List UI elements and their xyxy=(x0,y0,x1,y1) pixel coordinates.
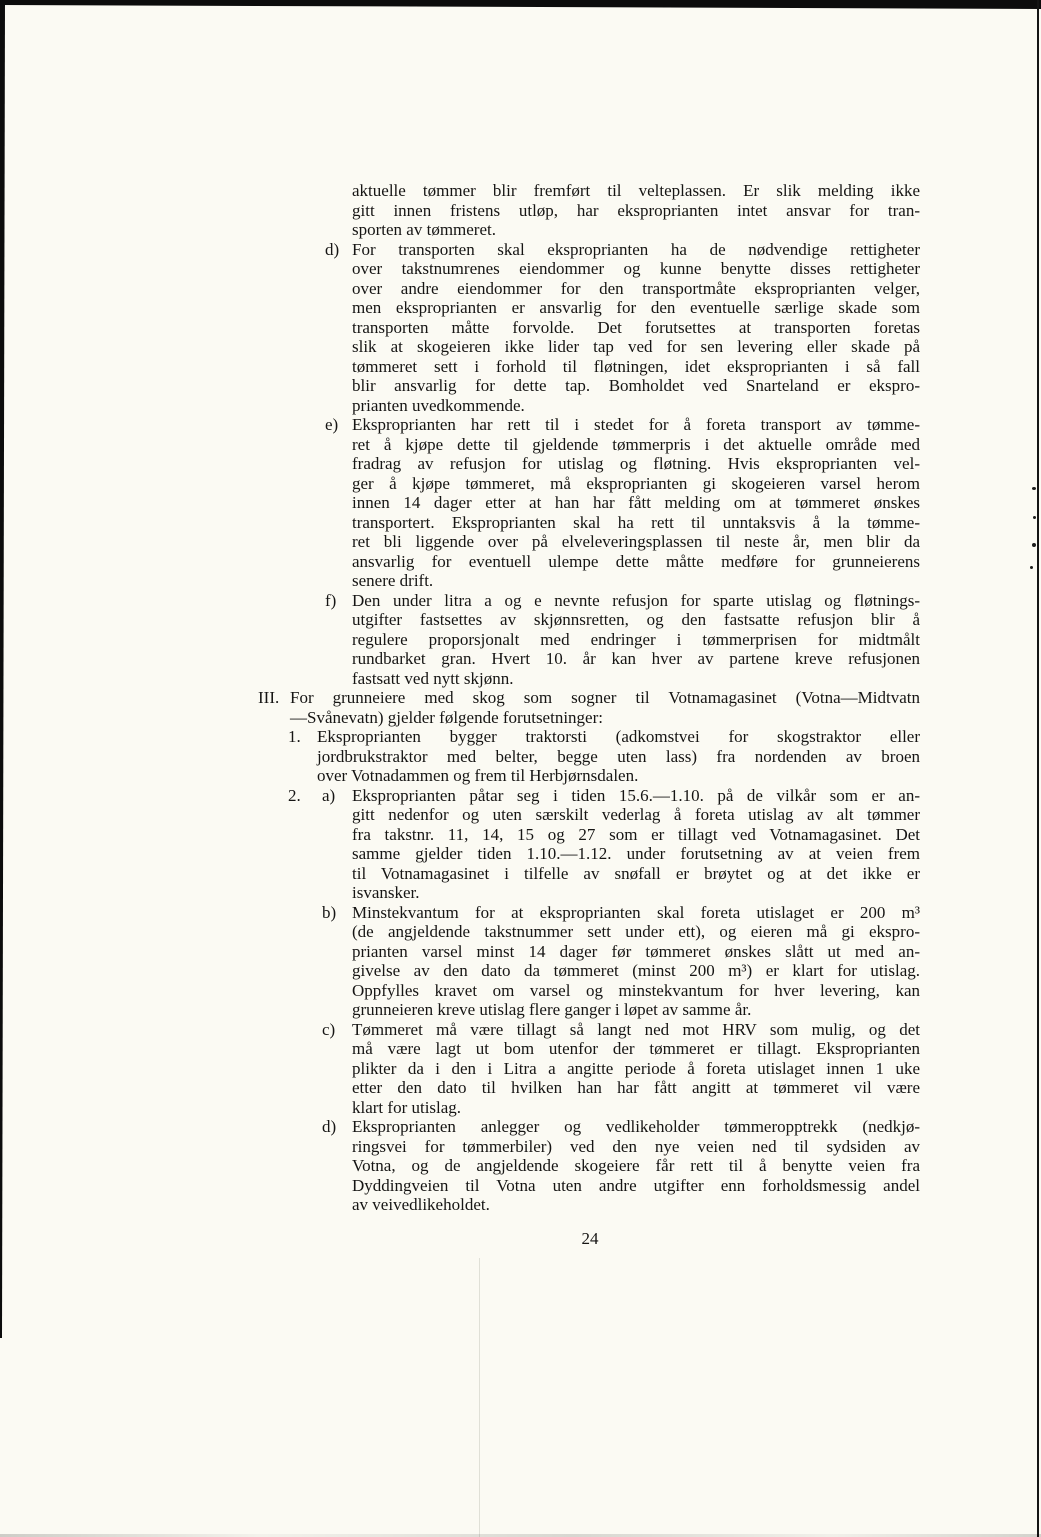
item-lines: Minstekvantum for at eksproprianten skal… xyxy=(352,903,920,1020)
text-line: Eksproprianten har rett til i stedet for… xyxy=(352,415,920,435)
scan-speck xyxy=(1032,487,1036,490)
text-line: klart for utislag. xyxy=(352,1098,920,1118)
text-line: samme gjelder tiden 1.10.—1.12. under fo… xyxy=(352,844,920,864)
section-III: III.For grunneiere med skog som sogner t… xyxy=(258,688,920,727)
text-line: fastsatt ved nytt skjønn. xyxy=(352,669,920,689)
text-line: må være lagt ut bom utenfor der tømmeret… xyxy=(352,1039,920,1059)
list-item-1: 1.Eksproprianten bygger traktorsti (adko… xyxy=(258,727,920,786)
text-line: utgifter fastsettes av skjønnsretten, og… xyxy=(352,610,920,630)
item-lines: For transporten skal eksproprianten ha d… xyxy=(352,240,920,416)
scan-speck xyxy=(1033,516,1036,519)
list-marker: a) xyxy=(322,786,335,806)
text-line: blir ansvarlig for dette tap. Bomholdet … xyxy=(352,376,920,396)
list-item-f: f)Den under litra a og e nevnte refusjon… xyxy=(258,591,920,689)
text-line: Eksproprianten påtar seg i tiden 15.6.—1… xyxy=(352,786,920,806)
text-line: ret bli liggende over på elveleveringspl… xyxy=(352,532,920,552)
page-number: 24 xyxy=(560,1229,620,1249)
text-line: over takstnumrenes eiendommer og kunne b… xyxy=(352,259,920,279)
text-line: Oppfylles kravet om varsel og minstekvan… xyxy=(352,981,920,1001)
text-line: fradrag av refusjon for utislag og fløtn… xyxy=(352,454,920,474)
scan-speck xyxy=(1030,566,1033,569)
item-lines: For grunneiere med skog som sogner til V… xyxy=(290,688,920,727)
item-lines: aktuelle tømmer blir fremført til veltep… xyxy=(352,181,920,240)
text-line: innen 14 dager etter at han har fått mel… xyxy=(352,493,920,513)
item-lines: Tømmeret må være tillagt så langt ned mo… xyxy=(352,1020,920,1118)
list-marker: e) xyxy=(325,415,338,435)
text-line: fra takstnr. 11, 14, 15 og 27 som er til… xyxy=(352,825,920,845)
text-line: grunneieren kreve utislag flere ganger i… xyxy=(352,1000,920,1020)
text-line: prianten uvedkommende. xyxy=(352,396,920,416)
text-line: —Svånevatn) gjelder følgende forutsetnin… xyxy=(290,708,920,728)
text-line: plikter da i den i Litra a angitte perio… xyxy=(352,1059,920,1079)
list-marker: III. xyxy=(258,688,279,708)
list-marker: 2. xyxy=(288,786,301,806)
list-item-d: d)For transporten skal eksproprianten ha… xyxy=(258,240,920,416)
list-marker: b) xyxy=(322,903,336,923)
text-line: Den under litra a og e nevnte refusjon f… xyxy=(352,591,920,611)
text-line: regulere proporsjonalt med endringer i t… xyxy=(352,630,920,650)
text-line: Tømmeret må være tillagt så langt ned mo… xyxy=(352,1020,920,1040)
text-line: over andre eiendommer for den transportm… xyxy=(352,279,920,299)
scan-edge-right xyxy=(1037,0,1039,1537)
text-line: sporten av tømmeret. xyxy=(352,220,920,240)
scan-speck xyxy=(1032,543,1036,547)
text-line: etter den dato til hvilken han har fått … xyxy=(352,1078,920,1098)
item-lines: Eksproprianten anlegger og vedlikeholder… xyxy=(352,1117,920,1215)
list-item-e: e)Eksproprianten har rett til i stedet f… xyxy=(258,415,920,591)
text-line: jordbrukstraktor med belter, begge uten … xyxy=(317,747,920,767)
list-item-2a: 2.a)Eksproprianten påtar seg i tiden 15.… xyxy=(258,786,920,903)
text-line: transporten måtte forvolde. Det forutset… xyxy=(352,318,920,338)
text-line: ansvarlig for eventuell ulempe dette måt… xyxy=(352,552,920,572)
item-lines: Eksproprianten bygger traktorsti (adkoms… xyxy=(317,727,920,786)
list-marker: c) xyxy=(322,1020,335,1040)
item-lines: Eksproprianten påtar seg i tiden 15.6.—1… xyxy=(352,786,920,903)
text-line: tømmeret sett i forhold til fløtningen, … xyxy=(352,357,920,377)
item-lines: Eksproprianten har rett til i stedet for… xyxy=(352,415,920,591)
scan-crease-line xyxy=(479,1258,480,1537)
text-block: aktuelle tømmer blir fremført til veltep… xyxy=(258,181,920,1215)
list-marker: d) xyxy=(325,240,339,260)
text-line: gitt nedenfor og uten særskilt vederlag … xyxy=(352,805,920,825)
text-line: Dyddingveien til Votna uten andre utgift… xyxy=(352,1176,920,1196)
text-line: givelse av den dato da tømmeret (minst 2… xyxy=(352,961,920,981)
list-item-2c: c)Tømmeret må være tillagt så langt ned … xyxy=(258,1020,920,1118)
text-line: over Votnadammen og frem til Herbjørnsda… xyxy=(317,766,920,786)
paragraph-continuation: aktuelle tømmer blir fremført til veltep… xyxy=(258,181,920,240)
text-line: Eksproprianten anlegger og vedlikeholder… xyxy=(352,1117,920,1137)
text-line: slik at skogeieren ikke lider tap ved fo… xyxy=(352,337,920,357)
text-line: For transporten skal eksproprianten ha d… xyxy=(352,240,920,260)
text-line: For grunneiere med skog som sogner til V… xyxy=(290,688,920,708)
text-line: rundbarket gran. Hvert 10. år kan hver a… xyxy=(352,649,920,669)
list-item-2d: d)Eksproprianten anlegger og vedlikehold… xyxy=(258,1117,920,1215)
text-line: Eksproprianten bygger traktorsti (adkoms… xyxy=(317,727,920,747)
item-lines: Den under litra a og e nevnte refusjon f… xyxy=(352,591,920,689)
list-marker: f) xyxy=(325,591,336,611)
text-line: gitt innen fristens utløp, har ekspropri… xyxy=(352,201,920,221)
text-line: transportert. Eksproprianten skal ha ret… xyxy=(352,513,920,533)
scan-edge-top xyxy=(0,0,1041,9)
text-line: (de angjeldende takstnummer sett under e… xyxy=(352,922,920,942)
list-marker: 1. xyxy=(288,727,301,747)
text-line: Votna, og de angjeldende skogeiere får r… xyxy=(352,1156,920,1176)
text-line: Minstekvantum for at eksproprianten skal… xyxy=(352,903,920,923)
text-line: senere drift. xyxy=(352,571,920,591)
text-line: isvansker. xyxy=(352,883,920,903)
text-line: ringsvei for tømmerbiler) ved den nye ve… xyxy=(352,1137,920,1157)
text-line: prianten varsel minst 14 dager før tømme… xyxy=(352,942,920,962)
text-line: til Votnamagasinet i tilfelle av snøfall… xyxy=(352,864,920,884)
text-line: av veivedlikeholdet. xyxy=(352,1195,920,1215)
list-marker: d) xyxy=(322,1117,336,1137)
scan-edge-left xyxy=(0,0,5,1338)
text-line: ger å kjøpe tømmeret, må eksproprianten … xyxy=(352,474,920,494)
text-line: ret å kjøpe dette til gjeldende tømmerpr… xyxy=(352,435,920,455)
list-item-2b: b)Minstekvantum for at eksproprianten sk… xyxy=(258,903,920,1020)
scanned-document-page: aktuelle tømmer blir fremført til veltep… xyxy=(0,0,1041,1537)
text-line: aktuelle tømmer blir fremført til veltep… xyxy=(352,181,920,201)
text-line: men eksproprianten er ansvarlig for den … xyxy=(352,298,920,318)
